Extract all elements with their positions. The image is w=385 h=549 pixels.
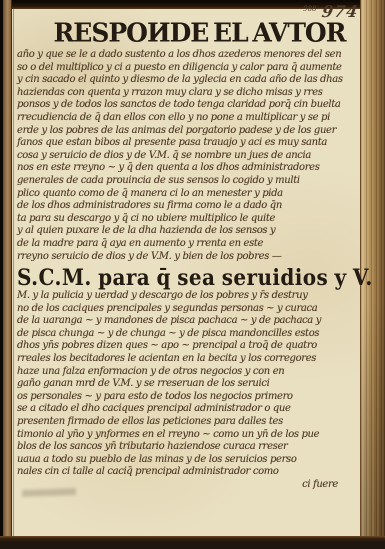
paragraph-response: año y que se le a dado sustento a los dh…	[17, 49, 356, 263]
manuscript-line: M. y la pulicia y uerdad y descargo de l…	[17, 290, 356, 303]
manuscript-line: timonio al yn̄o y ynformes en el rreyno …	[17, 429, 356, 442]
manuscript-page: 988 974 RESPOИDE EL AVTOR año y que se l…	[0, 0, 385, 549]
folio-number-ink: 974	[320, 2, 359, 21]
manuscript-line: plico quanto como de q̄ manera ci lo an …	[17, 188, 356, 201]
manuscript-line: uaua a todo su pueblo de las minas y de …	[17, 454, 356, 467]
manuscript-line: de los dhos administradores su firma com…	[17, 200, 356, 213]
manuscript-line: presenten firmado de ellos las peticione…	[17, 416, 356, 429]
paragraph-scm: M. y la pulicia y uerdad y descargo de l…	[17, 290, 356, 479]
manuscript-line: haziendas con quenta y rrazon muy clara …	[17, 87, 356, 100]
manuscript-line: ta para su descargo y q̄ ci no ubiere mu…	[17, 213, 356, 226]
manuscript-line: de pisca chunga ~ y de chunga ~ y de pis…	[17, 328, 356, 341]
manuscript-line: se a citado el dho caciques prencipal ad…	[17, 403, 356, 416]
manuscript-line: de la uaranga ~ y mandones de pisca pach…	[17, 315, 356, 328]
page-title: RESPOИDE EL AVTOR	[17, 17, 356, 48]
manuscript-line: cosa y seruicio de dios y de V.M. q̄ se …	[17, 150, 356, 163]
section-heading: S.C.M. para q̄ sea seruidios y V.	[17, 264, 356, 290]
manuscript-line: ponsos y de todos los sanctos de todo te…	[17, 99, 356, 112]
manuscript-line: fanos que estan bibos al presente pasa t…	[17, 137, 356, 150]
manuscript-line: dhos yn̄s pobres dizen ques ~ apo ~ pren…	[17, 340, 356, 353]
manuscript-line: haze una falza enformacion y de otros ne…	[17, 366, 356, 379]
manuscript-line: año y que se le a dado sustento a los dh…	[17, 49, 356, 62]
manuscript-line: de la madre para q̄ aya en aumento y rre…	[17, 238, 356, 251]
manuscript-line: blos de los sancos yn̄ tributario hazien…	[17, 441, 356, 454]
manuscript-line: rrecudiencia de q̄ dan ellos con ello y …	[17, 112, 356, 125]
manuscript-line: gaño ganan mrd de V.M. y se rreseruan de…	[17, 378, 356, 391]
manuscript-line: os personales ~ y para esto de todos los…	[17, 391, 356, 404]
manuscript-line: erde y los pobres de las animas del porg…	[17, 125, 356, 138]
folio-number: 988 974	[303, 2, 358, 21]
manuscript-line: y al quien puxare le de la dha hazienda …	[17, 225, 356, 238]
manuscript-line: rreales los becitadores le acientan en l…	[17, 353, 356, 366]
catchword: ci fuere	[17, 479, 356, 492]
manuscript-line: rreyno seruicio de dios y de V.M. y bien…	[17, 251, 356, 264]
manuscript-line: nos en este rreyno ~ y q̄ den quenta a l…	[17, 162, 356, 175]
folio-number-pencil: 988	[303, 5, 316, 13]
manuscript-line: generales de cada prouincia de sus senso…	[17, 175, 356, 188]
manuscript-line: y cin sacado el quinto y diesmo de la yg…	[17, 74, 356, 87]
manuscript-line: nales cin ci talle al caciq̄ prencipal a…	[17, 466, 356, 479]
page-bottom-edge	[0, 536, 385, 549]
manuscript-line: so o del multiplico y ci a puesto en dil…	[17, 62, 356, 75]
text-block: RESPOИDE EL AVTOR año y que se le a dado…	[17, 13, 356, 492]
manuscript-line: no de los caciques prencipales y segunda…	[17, 303, 356, 316]
binding-edge	[3, 0, 12, 549]
left-rule-line	[13, 9, 14, 536]
